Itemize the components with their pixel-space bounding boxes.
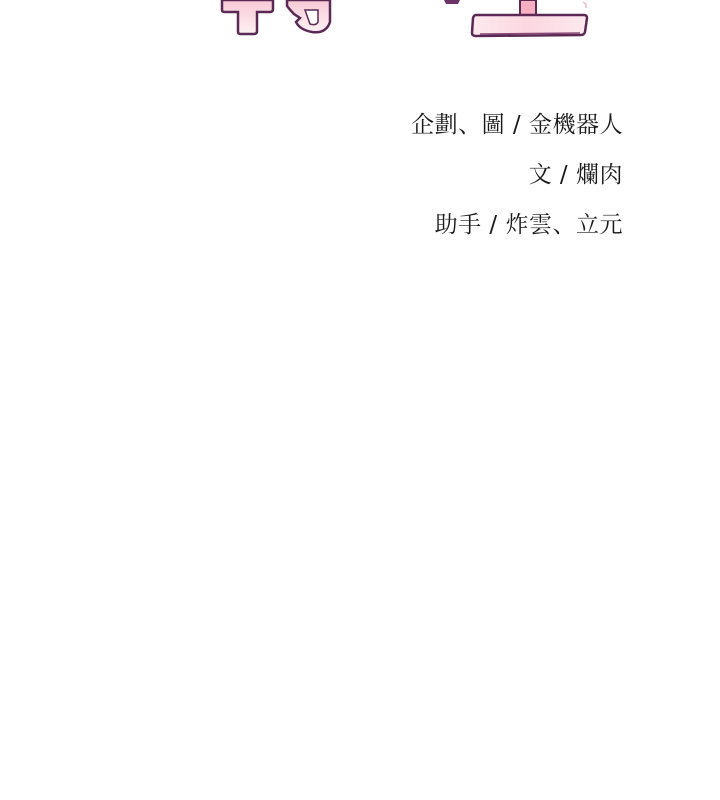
- credit-line-planning-art: 企劃、圖 / 金機器人: [411, 100, 623, 150]
- blank-page-area: [0, 250, 720, 800]
- credit-line-assistants: 助手 / 炸雲、立元: [411, 200, 623, 250]
- title-logo-art: [0, 0, 720, 45]
- logo-glyph-right: [472, 0, 587, 36]
- logo-remnant: [583, 2, 586, 8]
- logo-glyph-left: [222, 0, 330, 34]
- title-logo: [0, 0, 720, 45]
- credit-line-writer: 文 / 爛肉: [411, 150, 623, 200]
- credits-block: 企劃、圖 / 金機器人 文 / 爛肉 助手 / 炸雲、立元: [411, 100, 623, 250]
- logo-accent: [444, 0, 460, 4]
